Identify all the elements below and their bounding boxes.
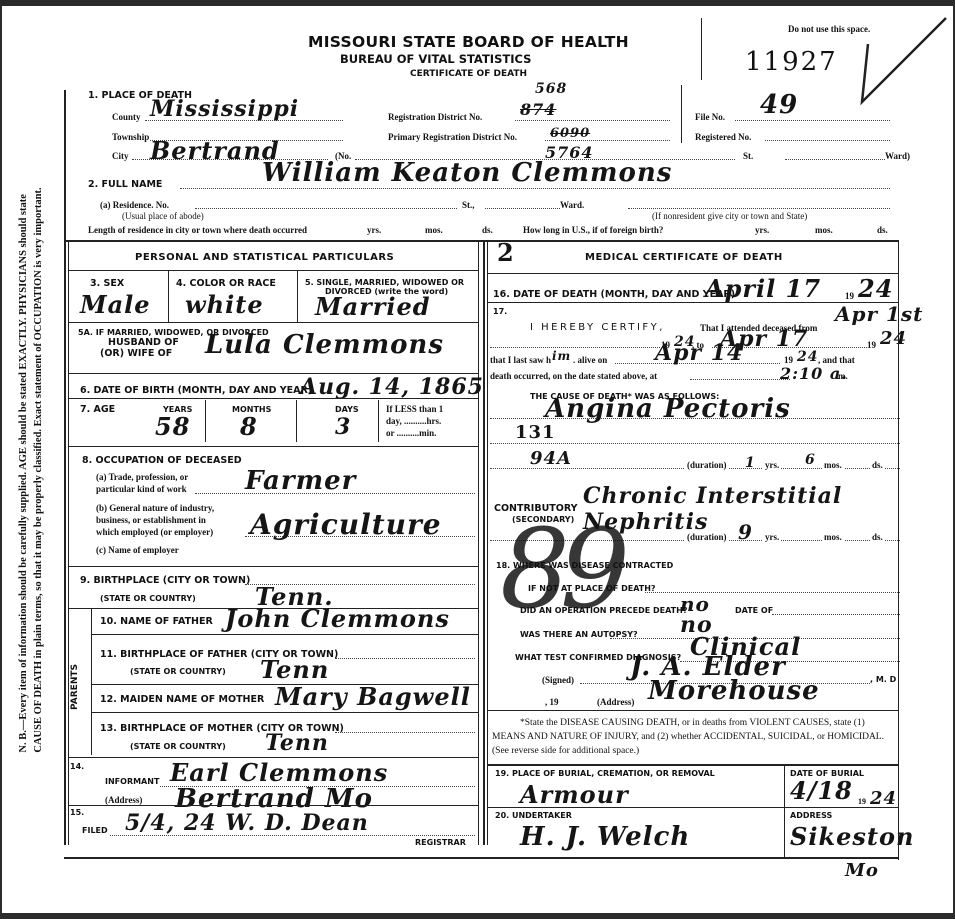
spouse-label-2: HUSBAND OF (108, 337, 179, 348)
form-left-border (64, 90, 66, 845)
last-saw-year: 24 (797, 349, 818, 365)
dob-label: 6. DATE OF BIRTH (MONTH, DAY AND YEAR) (80, 385, 312, 396)
cause-code-2: 94A (530, 448, 572, 469)
last-saw-pronoun: im (552, 349, 571, 363)
father-value: John Clemmons (225, 604, 450, 633)
footnote: *State the DISEASE CAUSING DEATH, or in … (492, 716, 897, 758)
county-label: County (112, 112, 141, 122)
dod-year-prefix: 19 (845, 291, 854, 301)
informant-address-label: (Address) (105, 795, 142, 805)
contrib-ds-label: ds. (870, 532, 885, 542)
less-label-2: day, ..........hrs. (386, 416, 441, 426)
side-note-line2: CAUSE OF DEATH in plain terms, so that i… (31, 187, 46, 752)
primary-reg-label: Primary Registration District No. (388, 132, 517, 142)
race-value: white (185, 290, 264, 319)
signed-label: (Signed) (542, 675, 574, 685)
check-mark-icon (858, 14, 953, 109)
foreign-yrs-label: yrs. (755, 225, 769, 235)
spouse-label-3: (OR) WIFE OF (100, 348, 172, 359)
mother-bp-state-label: (STATE OR COUNTRY) (130, 742, 226, 751)
certify-label: I HEREBY CERTIFY, (530, 322, 665, 333)
age-months: 8 (240, 412, 258, 441)
nonresident-label: (If nonresident give city or town and St… (652, 211, 807, 221)
date-19-label: , 19 (545, 697, 559, 707)
column-divider (483, 240, 485, 845)
burial-year: 24 (870, 788, 897, 809)
occurred-label: death occurred, on the date stated above… (490, 371, 657, 381)
file-divider (681, 85, 682, 143)
spouse-value: Lula Clemmons (205, 330, 444, 360)
informant-value: Earl Clemmons (170, 758, 388, 787)
filed-num: 15. (70, 808, 84, 817)
occ-a-label-1: (a) Trade, profession, or (96, 472, 188, 482)
residence-ward-label: Ward. (560, 200, 584, 210)
marital-value: Married (315, 292, 431, 321)
occ-a-label-2: particular kind of work (96, 484, 187, 494)
undertaker-value: H. J. Welch (520, 822, 690, 852)
full-name-label: 2. FULL NAME (88, 179, 162, 190)
personal-section-title: PERSONAL AND STATISTICAL PARTICULARS (135, 252, 394, 263)
undertaker-address: Sikeston (790, 822, 914, 851)
date-of-label: DATE OF (735, 606, 773, 615)
registrar-label: REGISTRAR (415, 838, 466, 847)
sex-label: 3. SEX (90, 278, 124, 289)
days-label: DAYS (335, 405, 359, 414)
form-subtitle: BUREAU OF VITAL STATISTICS (340, 52, 531, 66)
usual-abode-label: (Usual place of abode) (122, 211, 204, 221)
stamp-number: 11927 (745, 47, 838, 77)
address-label: (Address) (597, 697, 634, 707)
father-bp-state-label: (STATE OR COUNTRY) (130, 667, 226, 676)
age-label: 7. AGE (80, 404, 115, 415)
duration-yrs: 1 (745, 455, 756, 471)
header-divider (701, 18, 702, 80)
father-label: 10. NAME OF FATHER (100, 616, 213, 627)
doc-type: CERTIFICATE OF DEATH (410, 69, 527, 79)
cause-code-1: 131 (515, 422, 556, 443)
dod-year: 24 (858, 274, 893, 303)
file-no-label: File No. (695, 112, 725, 122)
occ-b-label-1: (b) General nature of industry, (96, 503, 214, 513)
full-name-value: William Keaton Clemmons (262, 158, 672, 188)
city-value: Bertrand (150, 136, 280, 165)
mother-label: 12. MAIDEN NAME OF MOTHER (100, 694, 264, 705)
form-right-border (898, 240, 899, 860)
age-days: 3 (335, 414, 351, 440)
dod-value: April 17 (705, 274, 821, 303)
reg-district-value: 874 (520, 100, 556, 119)
primary-reg-value: 6090 (550, 126, 590, 141)
informant-num: 14. (70, 762, 84, 771)
divider-top (64, 240, 898, 242)
marital-label-1: 5. SINGLE, MARRIED, WIDOWED OR (305, 278, 464, 287)
time-suffix: m. (838, 371, 848, 381)
contrib-duration-yrs: 9 (738, 520, 753, 544)
occ-b-label-2: business, or establishment in (96, 515, 206, 525)
less-label-3: or ..........min. (386, 428, 436, 438)
undertaker-label: 20. UNDERTAKER (495, 811, 572, 820)
st-label: St. (743, 151, 753, 161)
page-mark: 2 (497, 238, 515, 267)
occ-b-label-3: which employed (or employer) (96, 527, 213, 537)
occ-b-value: Agriculture (250, 508, 442, 541)
registered-no-label: Registered No. (695, 132, 751, 142)
burial-label: 19. PLACE OF BURIAL, CREMATION, OR REMOV… (495, 769, 715, 778)
contracted-label: 18. WHERE WAS DISEASE CONTRACTED (496, 561, 673, 570)
dod-label: 16. DATE OF DEATH (MONTH, DAY AND YEAR) (493, 289, 735, 300)
physician-address: Morehouse (648, 676, 820, 706)
undertaker-state: Mo (845, 860, 879, 881)
medical-section-title: MEDICAL CERTIFICATE OF DEATH (585, 252, 783, 263)
residence-st-label: St., (462, 200, 475, 210)
side-note-line1: N. B.—Every item of information should b… (16, 187, 31, 752)
form-left-border-inner (68, 240, 69, 845)
duration-mos-label: mos. (822, 460, 844, 470)
less-label-1: If LESS than 1 (386, 404, 443, 414)
mother-bp-value: Tenn (265, 730, 329, 756)
not-at-place-label: IF NOT AT PLACE OF DEATH? (528, 584, 656, 593)
dob-value: Aug. 14, 1865 (300, 374, 484, 400)
mother-value: Mary Bagwell (275, 682, 471, 711)
duration-label: (duration) (685, 460, 729, 470)
file-no-value: 49 (760, 90, 798, 120)
to-year: 24 (880, 328, 907, 349)
contrib-yrs-label: yrs. (763, 532, 781, 542)
duration-mos: 6 (805, 452, 816, 468)
cert-num: 17. (493, 307, 507, 316)
alive-label: . alive on (573, 355, 607, 365)
foreign-ds-label: ds. (877, 225, 888, 235)
birthplace-label: 9. BIRTHPLACE (CITY OR TOWN) (80, 575, 250, 586)
contributory-value: Chronic Interstitial Nephritis (583, 483, 955, 535)
length-residence-label: Length of residence in city or town wher… (88, 225, 307, 235)
city-label: City (112, 151, 129, 161)
operation-label: DID AN OPERATION PRECEDE DEATH? (520, 606, 687, 615)
duration-yrs-label: yrs. (763, 460, 781, 470)
residence-label: (a) Residence. No. (100, 200, 169, 210)
informant-label: INFORMANT (105, 777, 159, 786)
race-label: 4. COLOR OR RACE (176, 278, 276, 289)
form-title: MISSOURI STATE BOARD OF HEALTH (308, 33, 629, 51)
undertaker-address-label: ADDRESS (790, 811, 832, 820)
occupation-label: 8. OCCUPATION OF DECEASED (82, 455, 242, 466)
contrib-mos-label: mos. (822, 532, 844, 542)
duration-ds-label: ds. (870, 460, 885, 470)
attended-from: Apr 1st (835, 302, 923, 326)
yrs-label: yrs. (367, 225, 381, 235)
father-bp-value: Tenn (260, 655, 329, 684)
mos-label: mos. (425, 225, 443, 235)
foreign-mos-label: mos. (815, 225, 833, 235)
to-year-prefix: 19 (867, 340, 876, 350)
last-saw-label: that I last saw h (490, 355, 551, 365)
cause-value: Angina Pectoris (545, 394, 791, 424)
burial-date: 4/18 (790, 776, 853, 805)
side-instructions: N. B.—Every item of information should b… (6, 40, 56, 900)
filed-label: FILED (82, 826, 108, 835)
occ-a-value: Farmer (245, 466, 356, 496)
burial-place: Armour (520, 780, 629, 809)
birthplace-state-label: (STATE OR COUNTRY) (100, 594, 196, 603)
contrib-duration-label: (duration) (685, 532, 729, 542)
occ-c-label: (c) Name of employer (96, 545, 179, 555)
foreign-label: How long in U.S., if of foreign birth? (523, 225, 663, 235)
parents-label: PARENTS (70, 664, 80, 710)
township-label: Township (112, 132, 149, 142)
county-value: Mississippi (150, 96, 299, 122)
last-saw-date: Apr 14 (655, 340, 743, 366)
age-years: 58 (155, 412, 190, 441)
sex-value: Male (80, 290, 151, 319)
ward-label: Ward) (885, 151, 910, 161)
burial-year-prefix: 19 (858, 797, 866, 806)
reg-district-label: Registration District No. (388, 112, 482, 122)
ds-label: ds. (482, 225, 493, 235)
md-label: , M. D (870, 675, 896, 684)
filed-value: 5/4, 24 W. D. Dean (125, 810, 369, 836)
reg-district-correction: 568 (535, 81, 567, 97)
